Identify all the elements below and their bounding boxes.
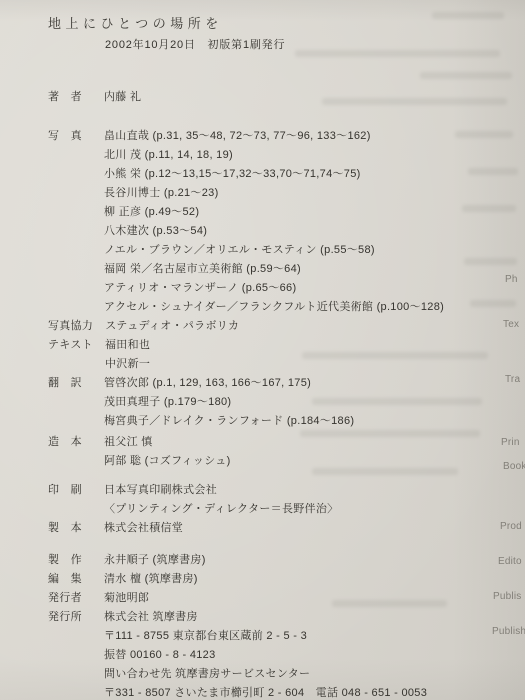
row-publishing-house: 発行所 株式会社 筑摩書房 〒111 - 8755 東京都台東区蔵前 2 - 5… bbox=[48, 608, 525, 700]
field-value-line: ノエル・ブラウン／オリエル・モスティン (p.55～58) bbox=[104, 241, 444, 260]
field-value-line: 株式会社 筑摩書房 bbox=[104, 608, 427, 627]
field-value-line: 八木建次 (p.53～54) bbox=[104, 222, 444, 241]
row-translation: 翻 訳 管啓次郎 (p.1, 129, 163, 166～167, 175) 茂… bbox=[48, 374, 525, 431]
field-label: 印 刷 bbox=[48, 481, 92, 500]
field-value-line: 〈プリンティング・ディレクター＝長野伴治〉 bbox=[104, 500, 338, 519]
row-book-design: 造 本 祖父江 慎 阿部 聡 (コズフィッシュ) bbox=[48, 433, 525, 471]
field-value-line: 茂田真理子 (p.179～180) bbox=[104, 393, 354, 412]
field-label: 写真協力 bbox=[48, 317, 93, 336]
field-value-line: 菊池明郎 bbox=[104, 589, 149, 608]
edition-line: 2002年10月20日 初版第1刷発行 bbox=[105, 36, 285, 52]
edge-text-fragment: Book bbox=[503, 461, 525, 472]
field-value-line: 〒111 - 8755 東京都台東区蔵前 2 - 5 - 3 bbox=[104, 627, 427, 646]
colophon-credits: 著 者 内藤 礼 写 真 畠山直哉 (p.31, 35～48, 72～73, 7… bbox=[48, 88, 525, 700]
field-label: 製 作 bbox=[48, 551, 92, 570]
field-label: 造 本 bbox=[48, 433, 92, 452]
field-value-line: 祖父江 慎 bbox=[104, 433, 231, 452]
field-label: テキスト bbox=[48, 336, 93, 355]
row-printing: 印 刷 日本写真印刷株式会社 〈プリンティング・ディレクター＝長野伴治〉 bbox=[48, 481, 525, 519]
edge-text-fragment: Prod bbox=[500, 521, 522, 532]
field-value-line: 梅宮典子／ドレイク・ランフォード (p.184～186) bbox=[104, 412, 354, 431]
bleed-through-smudge bbox=[420, 72, 512, 79]
row-author: 著 者 内藤 礼 bbox=[48, 88, 525, 107]
field-value-line: アクセル・シュナイダー／フランクフルト近代美術館 (p.100～128) bbox=[104, 298, 444, 317]
edge-text-fragment: Prin bbox=[501, 437, 520, 448]
field-value-line: 振替 00160 - 8 - 4123 bbox=[104, 646, 427, 665]
row-photographs: 写 真 畠山直哉 (p.31, 35～48, 72～73, 77～96, 133… bbox=[48, 127, 525, 317]
field-label: 翻 訳 bbox=[48, 374, 92, 393]
book-title: 地上にひとつの場所を bbox=[48, 13, 223, 32]
field-value-line: 〒331 - 8507 さいたま市櫛引町 2 - 604 電話 048 - 65… bbox=[104, 684, 427, 700]
row-text: テキスト 福田和也 中沢新一 bbox=[48, 336, 525, 374]
edge-text-fragment: Tex bbox=[503, 319, 519, 330]
field-value-line: 長谷川博士 (p.21～23) bbox=[104, 184, 444, 203]
field-value-line: 清水 檀 (筑摩書房) bbox=[104, 570, 198, 589]
edge-text-fragment: Publis bbox=[493, 591, 521, 602]
bleed-through-smudge bbox=[432, 12, 504, 19]
edge-text-fragment: Edito bbox=[498, 556, 522, 567]
field-value-line: 永井順子 (筑摩書房) bbox=[104, 551, 206, 570]
bleed-through-smudge bbox=[295, 50, 500, 57]
row-binding: 製 本 株式会社積信堂 bbox=[48, 519, 525, 538]
book-colophon-page: 地上にひとつの場所を 2002年10月20日 初版第1刷発行 著 者 内藤 礼 … bbox=[0, 0, 525, 700]
field-value-line: ステュディオ・パラボリカ bbox=[105, 317, 239, 336]
field-value-line: 管啓次郎 (p.1, 129, 163, 166～167, 175) bbox=[104, 374, 354, 393]
edge-text-fragment: Tra bbox=[505, 374, 520, 385]
field-value-line: 阿部 聡 (コズフィッシュ) bbox=[104, 452, 231, 471]
field-value-line: 問い合わせ先 筑摩書房サービスセンター bbox=[104, 665, 427, 684]
field-label: 発行者 bbox=[48, 589, 92, 608]
field-value-line: 内藤 礼 bbox=[104, 88, 141, 107]
row-publisher-person: 発行者 菊池明郎 bbox=[48, 589, 525, 608]
field-label: 編 集 bbox=[48, 570, 92, 589]
field-value-line: 株式会社積信堂 bbox=[104, 519, 183, 538]
field-label: 製 本 bbox=[48, 519, 92, 538]
field-value-line: 北川 茂 (p.11, 14, 18, 19) bbox=[104, 146, 444, 165]
field-value-line: 福岡 栄／名古屋市立美術館 (p.59～64) bbox=[104, 260, 444, 279]
edge-text-fragment: Ph bbox=[505, 274, 518, 285]
field-value-line: 柳 正彦 (p.49～52) bbox=[104, 203, 444, 222]
field-label: 写 真 bbox=[48, 127, 92, 146]
field-label: 著 者 bbox=[48, 88, 92, 107]
row-editing: 編 集 清水 檀 (筑摩書房) bbox=[48, 570, 525, 589]
field-value-line: 中沢新一 bbox=[105, 355, 150, 374]
field-value-line: アティリオ・マランザーノ (p.65～66) bbox=[104, 279, 444, 298]
edge-text-fragment: Publish bbox=[492, 626, 525, 637]
row-photo-cooperation: 写真協力 ステュディオ・パラボリカ bbox=[48, 317, 525, 336]
field-value-line: 畠山直哉 (p.31, 35～48, 72～73, 77～96, 133～162… bbox=[104, 127, 444, 146]
row-production: 製 作 永井順子 (筑摩書房) bbox=[48, 551, 525, 570]
field-value-line: 福田和也 bbox=[105, 336, 150, 355]
field-label: 発行所 bbox=[48, 608, 92, 627]
field-value-line: 小熊 栄 (p.12～13,15～17,32～33,70～71,74～75) bbox=[104, 165, 444, 184]
field-value-line: 日本写真印刷株式会社 bbox=[104, 481, 338, 500]
